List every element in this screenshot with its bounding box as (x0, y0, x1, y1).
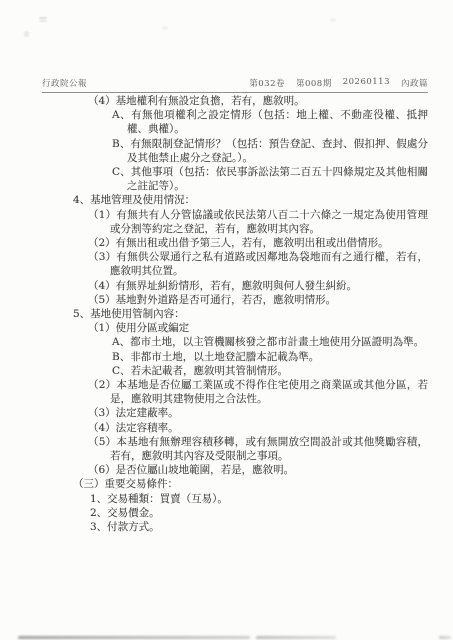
document-line: 4、基地管理及使用情況： (42, 193, 428, 207)
document-line: A、都市土地，以主管機關核發之都市計畫土地使用分區證明為準。 (42, 335, 428, 349)
document-line: （3）有無供公眾通行之私有道路或因鄰地為袋地而有之通行權，若有，應敘明其位置。 (42, 250, 428, 278)
document-line: B、非都市土地，以土地登記謄本記載為準。 (42, 350, 428, 364)
document-line: （4）法定容積率。 (42, 421, 428, 435)
section-label: 內政篇 (401, 77, 428, 89)
document-line: （1）有無共有人分管協議或依民法第八百二十六條之一規定為使用管理或分割等約定之登… (42, 208, 428, 236)
volume-label: 第032卷 (249, 77, 285, 89)
page-header: 行政院公報 第032卷 第008期 20260113 內政篇 (42, 77, 428, 93)
scan-smudge (39, 17, 47, 19)
date-label: 20260113 (343, 77, 390, 89)
document-line: B、有無限制登記情形？（包括：預告登記、查封、假扣押、假處分及其他禁止處分之登記… (42, 137, 428, 165)
document-line: （三）重要交易條件： (42, 477, 428, 491)
document-line: C、若未記載者，應敘明其管制情形。 (42, 364, 428, 378)
document-line: （3）法定建蔽率。 (42, 406, 428, 420)
document-line: 5、基地使用管制內容： (42, 307, 428, 321)
document-line: （2）本基地是否位屬工業區或不得作住宅使用之商業區或其他分區，若是，應敘明其建物… (42, 378, 428, 406)
scan-edge-shadow (256, 636, 336, 639)
scan-smudge (24, 31, 29, 37)
document-line: 3、付款方式。 (42, 520, 428, 534)
scan-edge-shadow (18, 636, 250, 639)
scan-smudge (162, 26, 168, 30)
document-line: （4）基地權利有無設定負擔，若有，應敘明。 (42, 94, 428, 108)
document-line: C、其他事項（包括：依民事訴訟法第二百五十四條規定及其他相關之註記等）。 (42, 165, 428, 193)
document-line: 2、交易價金。 (42, 506, 428, 520)
document-line: （2）有無出租或出借予第三人，若有，應敘明出租或出借情形。 (42, 236, 428, 250)
issue-label: 第008期 (296, 77, 332, 89)
issue-info: 第032卷 第008期 20260113 內政篇 (249, 77, 428, 89)
document-line: A、有無他項權利之設定情形（包括：地上權、不動產役權、抵押權、典權）。 (42, 108, 428, 136)
gazette-title: 行政院公報 (42, 77, 87, 89)
scan-edge-shadow (439, 636, 451, 639)
document-line: （1）使用分區或編定 (42, 321, 428, 335)
document-line: （6）是否位屬山坡地範圍，若是，應敘明。 (42, 463, 428, 477)
scan-smudge (330, 18, 336, 22)
scanned-document-page: 行政院公報 第032卷 第008期 20260113 內政篇 （4）基地權利有無… (0, 0, 453, 640)
document-line: （5）本基地有無辦理容積移轉，或有無開放空間設計或其他獎勵容積，若有，應敘明其內… (42, 435, 428, 463)
document-body: （4）基地權利有無設定負擔，若有，應敘明。 A、有無他項權利之設定情形（包括：地… (42, 94, 428, 534)
document-line: 1、交易種類：買賣（互易）。 (42, 492, 428, 506)
document-line: （5）基地對外道路是否可通行，若否，應敘明情形。 (42, 293, 428, 307)
document-line: （4）有無界址糾紛情形，若有，應敘明與何人發生糾紛。 (42, 279, 428, 293)
